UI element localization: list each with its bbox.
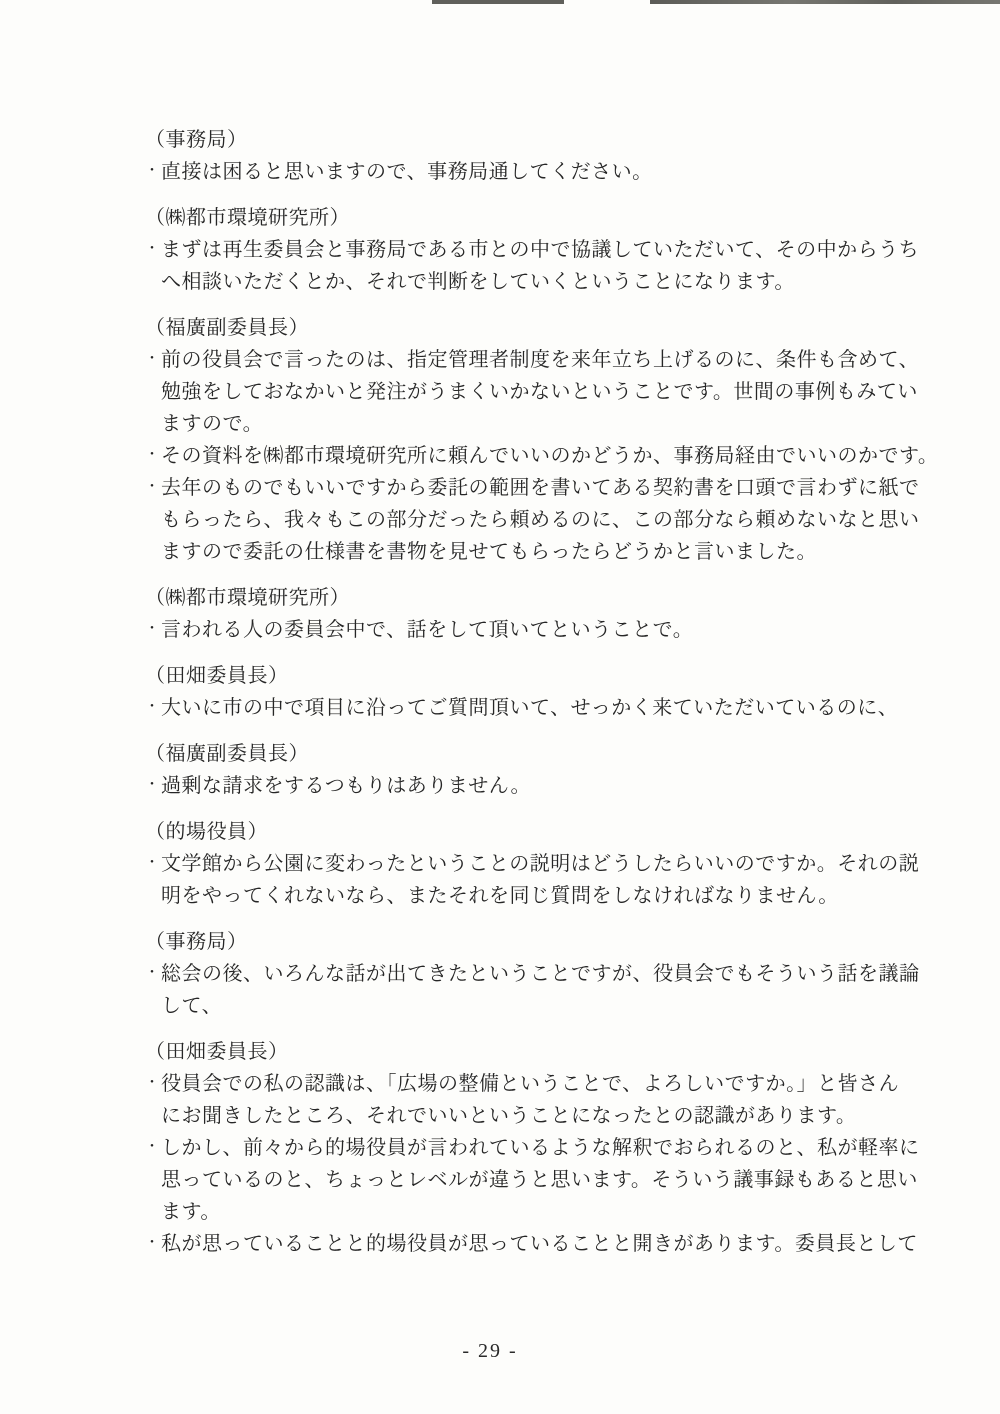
bullet-lines: しかし、前々から的場役員が言われているような解釈でおられるのと、私が軽率に思って… — [161, 1132, 920, 1228]
text-line: その資料を㈱都市環境研究所に頼んでいいのかどうか、事務局経由でいいのかです。 — [161, 440, 938, 472]
text-line: ますので委託の仕様書を書物を見せてもらったらどうかと言いました。 — [161, 536, 920, 568]
text-line: 文学館から公園に変わったということの説明はどうしたらいいのですか。それの説 — [161, 848, 919, 880]
text-line: 勉強をしておなかいと発注がうまくいかないということです。世間の事例もみてい — [161, 376, 919, 408]
bullet-marker: ・ — [145, 156, 161, 188]
scan-edge-artifact — [650, 0, 1000, 4]
speech-block: （田畑委員長）・大いに市の中で項目に沿ってご質問頂いて、せっかく来ていただいてい… — [145, 660, 885, 724]
bullet-item: ・直接は困ると思いますので、事務局通してください。 — [145, 156, 885, 188]
speech-block: （福廣副委員長）・過剰な請求をするつもりはありません。 — [145, 738, 885, 802]
speech-block: （田畑委員長）・役員会での私の認識は、「広場の整備ということで、よろしいですか。… — [145, 1036, 885, 1260]
scan-edge-artifact — [432, 0, 564, 4]
bullet-item: ・まずは再生委員会と事務局である市との中で協議していただいて、その中からうちへ相… — [145, 234, 885, 298]
speech-block: （事務局）・総会の後、いろんな話が出てきたということですが、役員会でもそういう話… — [145, 926, 885, 1022]
bullet-marker: ・ — [145, 1228, 161, 1260]
bullet-marker: ・ — [145, 958, 161, 990]
text-line: 去年のものでもいいですから委託の範囲を書いてある契約書を口頭で言わずに紙で — [161, 472, 920, 504]
speech-block: （事務局）・直接は困ると思いますので、事務局通してください。 — [145, 124, 885, 188]
speaker-label: （㈱都市環境研究所） — [145, 582, 885, 614]
speech-block: （㈱都市環境研究所）・まずは再生委員会と事務局である市との中で協議していただいて… — [145, 202, 885, 298]
speech-block: （的場役員）・文学館から公園に変わったということの説明はどうしたらいいのですか。… — [145, 816, 885, 912]
bullet-lines: 過剰な請求をするつもりはありません。 — [161, 770, 885, 802]
bullet-lines: 大いに市の中で項目に沿ってご質問頂いて、せっかく来ていただいているのに、 — [161, 692, 898, 724]
bullet-lines: 前の役員会で言ったのは、指定管理者制度を来年立ち上げるのに、条件も含めて、勉強を… — [161, 344, 919, 440]
text-line: 前の役員会で言ったのは、指定管理者制度を来年立ち上げるのに、条件も含めて、 — [161, 344, 919, 376]
bullet-lines: まずは再生委員会と事務局である市との中で協議していただいて、その中からうちへ相談… — [161, 234, 919, 298]
bullet-item: ・大いに市の中で項目に沿ってご質問頂いて、せっかく来ていただいているのに、 — [145, 692, 885, 724]
bullet-item: ・その資料を㈱都市環境研究所に頼んでいいのかどうか、事務局経由でいいのかです。 — [145, 440, 885, 472]
bullet-item: ・言われる人の委員会中で、話をして頂いてということで。 — [145, 614, 885, 646]
minutes-body: （事務局）・直接は困ると思いますので、事務局通してください。（㈱都市環境研究所）… — [145, 124, 885, 1274]
bullet-lines: 私が思っていることと的場役員が思っていることと開きがあります。委員長として — [161, 1228, 918, 1260]
text-line: 大いに市の中で項目に沿ってご質問頂いて、せっかく来ていただいているのに、 — [161, 692, 898, 724]
text-line: にお聞きしたところ、それでいいということになったとの認識があります。 — [161, 1100, 899, 1132]
text-line: 直接は困ると思いますので、事務局通してください。 — [161, 156, 885, 188]
bullet-marker: ・ — [145, 234, 161, 266]
speaker-label: （事務局） — [145, 926, 885, 958]
speaker-label: （福廣副委員長） — [145, 312, 885, 344]
bullet-item: ・私が思っていることと的場役員が思っていることと開きがあります。委員長として — [145, 1228, 885, 1260]
bullet-item: ・前の役員会で言ったのは、指定管理者制度を来年立ち上げるのに、条件も含めて、勉強… — [145, 344, 885, 440]
text-line: 明をやってくれないなら、またそれを同じ質問をしなければなりません。 — [161, 880, 919, 912]
text-line: ますので。 — [161, 408, 919, 440]
bullet-marker: ・ — [145, 344, 161, 376]
page-number: - 29 - — [0, 1340, 980, 1363]
bullet-marker: ・ — [145, 770, 161, 802]
bullet-item: ・しかし、前々から的場役員が言われているような解釈でおられるのと、私が軽率に思っ… — [145, 1132, 885, 1228]
speaker-label: （㈱都市環境研究所） — [145, 202, 885, 234]
text-line: もらったら、我々もこの部分だったら頼めるのに、この部分なら頼めないなと思い — [161, 504, 920, 536]
bullet-lines: 去年のものでもいいですから委託の範囲を書いてある契約書を口頭で言わずに紙でもらっ… — [161, 472, 920, 568]
bullet-marker: ・ — [145, 440, 161, 472]
text-line: へ相談いただくとか、それで判断をしていくということになります。 — [161, 266, 919, 298]
bullet-lines: 総会の後、いろんな話が出てきたということですが、役員会でもそういう話を議論して、 — [161, 958, 920, 1022]
bullet-item: ・去年のものでもいいですから委託の範囲を書いてある契約書を口頭で言わずに紙でもら… — [145, 472, 885, 568]
text-line: 私が思っていることと的場役員が思っていることと開きがあります。委員長として — [161, 1228, 918, 1260]
bullet-marker: ・ — [145, 614, 161, 646]
bullet-item: ・役員会での私の認識は、「広場の整備ということで、よろしいですか。」と皆さんにお… — [145, 1068, 885, 1132]
text-line: 言われる人の委員会中で、話をして頂いてということで。 — [161, 614, 885, 646]
bullet-marker: ・ — [145, 692, 161, 724]
bullet-item: ・総会の後、いろんな話が出てきたということですが、役員会でもそういう話を議論して… — [145, 958, 885, 1022]
speaker-label: （事務局） — [145, 124, 885, 156]
bullet-lines: 言われる人の委員会中で、話をして頂いてということで。 — [161, 614, 885, 646]
bullet-lines: その資料を㈱都市環境研究所に頼んでいいのかどうか、事務局経由でいいのかです。 — [161, 440, 938, 472]
bullet-marker: ・ — [145, 848, 161, 880]
bullet-item: ・文学館から公園に変わったということの説明はどうしたらいいのですか。それの説明を… — [145, 848, 885, 912]
speaker-label: （田畑委員長） — [145, 1036, 885, 1068]
text-line: まずは再生委員会と事務局である市との中で協議していただいて、その中からうち — [161, 234, 919, 266]
text-line: 過剰な請求をするつもりはありません。 — [161, 770, 885, 802]
bullet-marker: ・ — [145, 472, 161, 504]
text-line: 思っているのと、ちょっとレベルが違うと思います。そういう議事録もあると思い — [161, 1164, 920, 1196]
text-line: 総会の後、いろんな話が出てきたということですが、役員会でもそういう話を議論 — [161, 958, 920, 990]
text-line: して、 — [161, 990, 920, 1022]
bullet-marker: ・ — [145, 1068, 161, 1100]
text-line: 役員会での私の認識は、「広場の整備ということで、よろしいですか。」と皆さん — [161, 1068, 899, 1100]
speech-block: （福廣副委員長）・前の役員会で言ったのは、指定管理者制度を来年立ち上げるのに、条… — [145, 312, 885, 568]
text-line: ます。 — [161, 1196, 920, 1228]
bullet-lines: 役員会での私の認識は、「広場の整備ということで、よろしいですか。」と皆さんにお聞… — [161, 1068, 899, 1132]
document-page: （事務局）・直接は困ると思いますので、事務局通してください。（㈱都市環境研究所）… — [0, 0, 1000, 1414]
speaker-label: （福廣副委員長） — [145, 738, 885, 770]
bullet-item: ・過剰な請求をするつもりはありません。 — [145, 770, 885, 802]
bullet-lines: 文学館から公園に変わったということの説明はどうしたらいいのですか。それの説明をや… — [161, 848, 919, 912]
speech-block: （㈱都市環境研究所）・言われる人の委員会中で、話をして頂いてということで。 — [145, 582, 885, 646]
speaker-label: （的場役員） — [145, 816, 885, 848]
text-line: しかし、前々から的場役員が言われているような解釈でおられるのと、私が軽率に — [161, 1132, 920, 1164]
speaker-label: （田畑委員長） — [145, 660, 885, 692]
bullet-marker: ・ — [145, 1132, 161, 1164]
bullet-lines: 直接は困ると思いますので、事務局通してください。 — [161, 156, 885, 188]
